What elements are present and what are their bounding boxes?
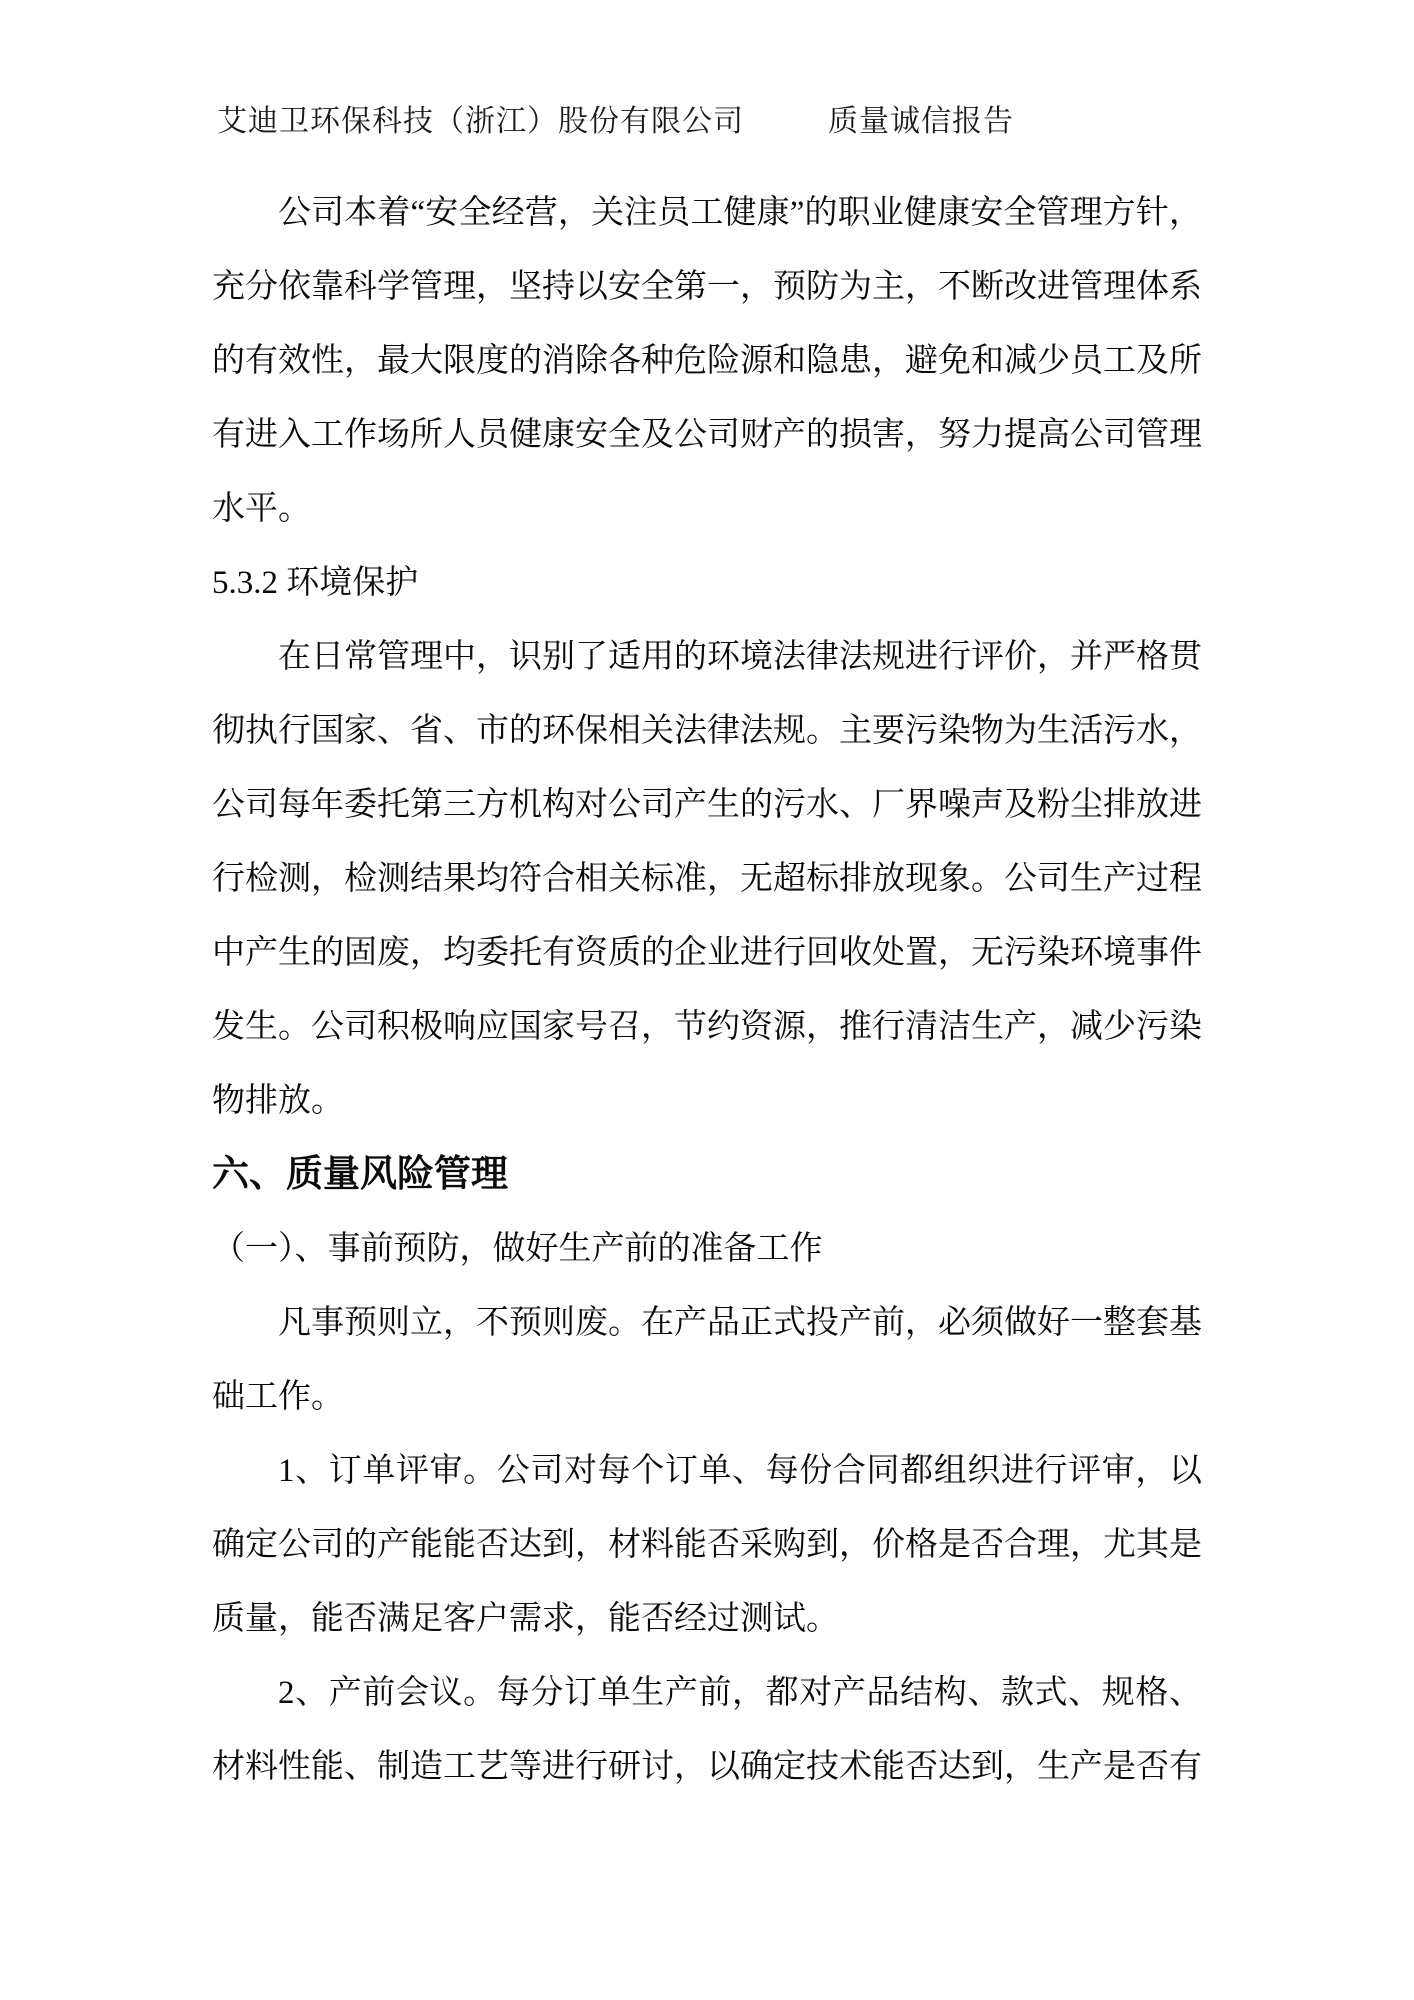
- company-name: 艾迪卫环保科技（浙江）股份有限公司: [217, 105, 744, 138]
- paragraph-environment-protection: 在日常管理中，识别了适用的环境法律法规进行评价，并严格贯彻执行国家、省、市的环保…: [212, 620, 1202, 1138]
- page-header: 艾迪卫环保科技（浙江）股份有限公司质量诚信报告: [217, 96, 1014, 140]
- report-title: 质量诚信报告: [828, 105, 1014, 138]
- paragraph-safety-policy: 公司本着“安全经营，关注员工健康”的职业健康安全管理方针，充分依靠科学管理，坚持…: [212, 176, 1202, 546]
- paragraph-pre-production-meeting: 2、产前会议。每分订单生产前，都对产品结构、款式、规格、材料性能、制造工艺等进行…: [212, 1656, 1202, 1804]
- document-body: 公司本着“安全经营，关注员工健康”的职业健康安全管理方针，充分依靠科学管理，坚持…: [212, 176, 1202, 1804]
- paragraph-order-review: 1、订单评审。公司对每个订单、每份合同都组织进行评审，以确定公司的产能能否达到，…: [212, 1434, 1202, 1656]
- document-page: 艾迪卫环保科技（浙江）股份有限公司质量诚信报告 公司本着“安全经营，关注员工健康…: [0, 0, 1414, 2000]
- heading-quality-risk-management: 六、质量风险管理: [212, 1138, 1202, 1212]
- paragraph-foundation-work: 凡事预则立，不预则废。在产品正式投产前，必须做好一整套基础工作。: [212, 1286, 1202, 1434]
- subheading-5-3-2-environment: 5.3.2 环境保护: [212, 546, 1202, 620]
- subheading-pre-prevention: （一）、事前预防，做好生产前的准备工作: [212, 1212, 1202, 1286]
